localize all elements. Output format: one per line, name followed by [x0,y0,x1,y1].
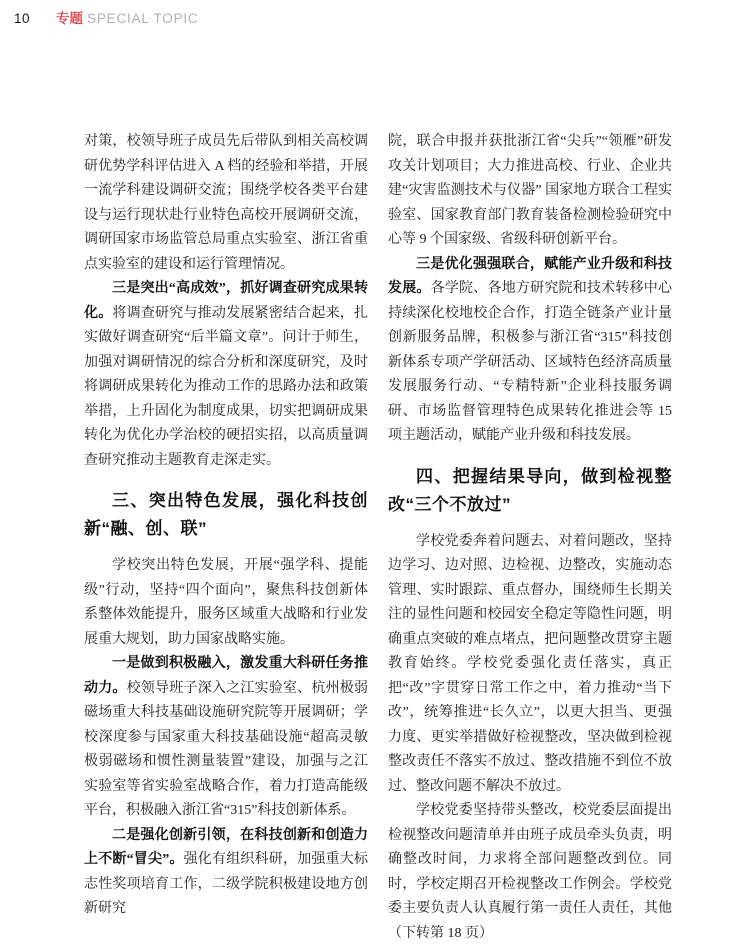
paragraph-text: 校领导班子深入之江实验室、杭州极弱磁场重大科技基础设施研究院等开展调研；学校深度… [84,681,368,819]
section-title-cn: 专题 [56,11,83,27]
section-heading-three: 三、突出特色发展，强化科技创新“融、创、联” [84,487,368,543]
paragraph: 学校党委奔着问题去、对着问题改，坚持边学习、边对照、边检视、边整改，实施动态管理… [388,530,672,800]
paragraph-text: 各学院、各地方研究院和技术转移中心持续深化校地校企合作，打造全链条产业计量创新服… [388,281,672,443]
section-heading-four: 四、把握结果导向，做到检视整改“三个不放过” [388,463,672,519]
section-title-en: SPECIAL TOPIC [87,11,198,27]
left-column: 对策，校领导班子成员先后带队到相关高校调研优势学科评估进入 A 档的经验和举措，… [84,130,368,944]
paragraph: 学校党委坚持带头整改，校党委层面提出检视整改问题清单并由班子成员牵头负责，明确整… [388,799,672,944]
paragraph: 三是突出“高成效”，抓好调查研究成果转化。将调查研究与推动发展紧密结合起来，扎实… [84,277,368,473]
paragraph: 学校突出特色发展，开展“强学科、提能级”行动，坚持“四个面向”，聚焦科技创新体系… [84,554,368,652]
paragraph-continuation: 院，联合申报并获批浙江省“尖兵”“领雁”研发攻关计划项目；大力推进高校、行业、企… [388,130,672,253]
page-header: 10 专题 SPECIAL TOPIC [14,11,198,27]
paragraph: 三是优化强强联合，赋能产业升级和科技发展。各学院、各地方研究院和技术转移中心持续… [388,253,672,449]
paragraph-continuation: 对策，校领导班子成员先后带队到相关高校调研优势学科评估进入 A 档的经验和举措，… [84,130,368,277]
right-column: 院，联合申报并获批浙江省“尖兵”“领雁”研发攻关计划项目；大力推进高校、行业、企… [388,130,672,944]
paragraph-text: 将调查研究与推动发展紧密结合起来，扎实做好调查研究“后半篇文章”。问计于师生，加… [84,306,368,468]
paragraph: 一是做到积极融入，激发重大科研任务推动力。校领导班子深入之江实验室、杭州极弱磁场… [84,652,368,824]
page-number: 10 [14,11,30,27]
paragraph: 二是强化创新引领，在科技创新和创造力上不断“冒尖”。强化有组织科研，加强重大标志… [84,824,368,922]
article-columns: 对策，校领导班子成员先后带队到相关高校调研优势学科评估进入 A 档的经验和举措，… [84,130,672,944]
